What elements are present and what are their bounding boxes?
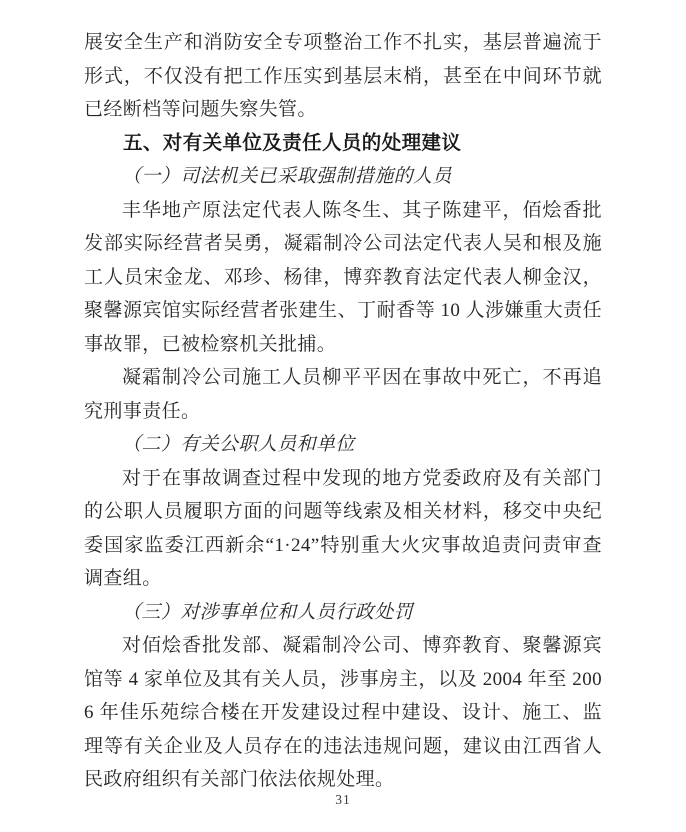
subsection-1-paragraph-1: 丰华地产原法定代表人陈冬生、其子陈建平，佰烩香批发部实际经营者吴勇，凝霜制冷公司… — [84, 194, 602, 362]
subsection-3-title: （三）对涉事单位和人员行政处罚 — [84, 596, 602, 630]
subsection-3-paragraph-1: 对佰烩香批发部、凝霜制冷公司、博弈教育、聚馨源宾馆等 4 家单位及其有关人员，涉… — [84, 629, 602, 797]
document-page: 展安全生产和消防安全专项整治工作不扎实，基层普遍流于形式，不仅没有把工作压实到基… — [0, 0, 686, 832]
section-heading: 五、对有关单位及责任人员的处理建议 — [84, 127, 602, 161]
subsection-1-paragraph-2: 凝霜制冷公司施工人员柳平平因在事故中死亡，不再追究刑事责任。 — [84, 361, 602, 428]
subsection-2-title: （二）有关公职人员和单位 — [84, 428, 602, 462]
page-number: 31 — [0, 792, 686, 808]
paragraph-continuation: 展安全生产和消防安全专项整治工作不扎实，基层普遍流于形式，不仅没有把工作压实到基… — [84, 26, 602, 127]
subsection-1-title: （一）司法机关已采取强制措施的人员 — [84, 160, 602, 194]
subsection-2-paragraph-1: 对于在事故调查过程中发现的地方党委政府及有关部门的公职人员履职方面的问题等线索及… — [84, 462, 602, 596]
